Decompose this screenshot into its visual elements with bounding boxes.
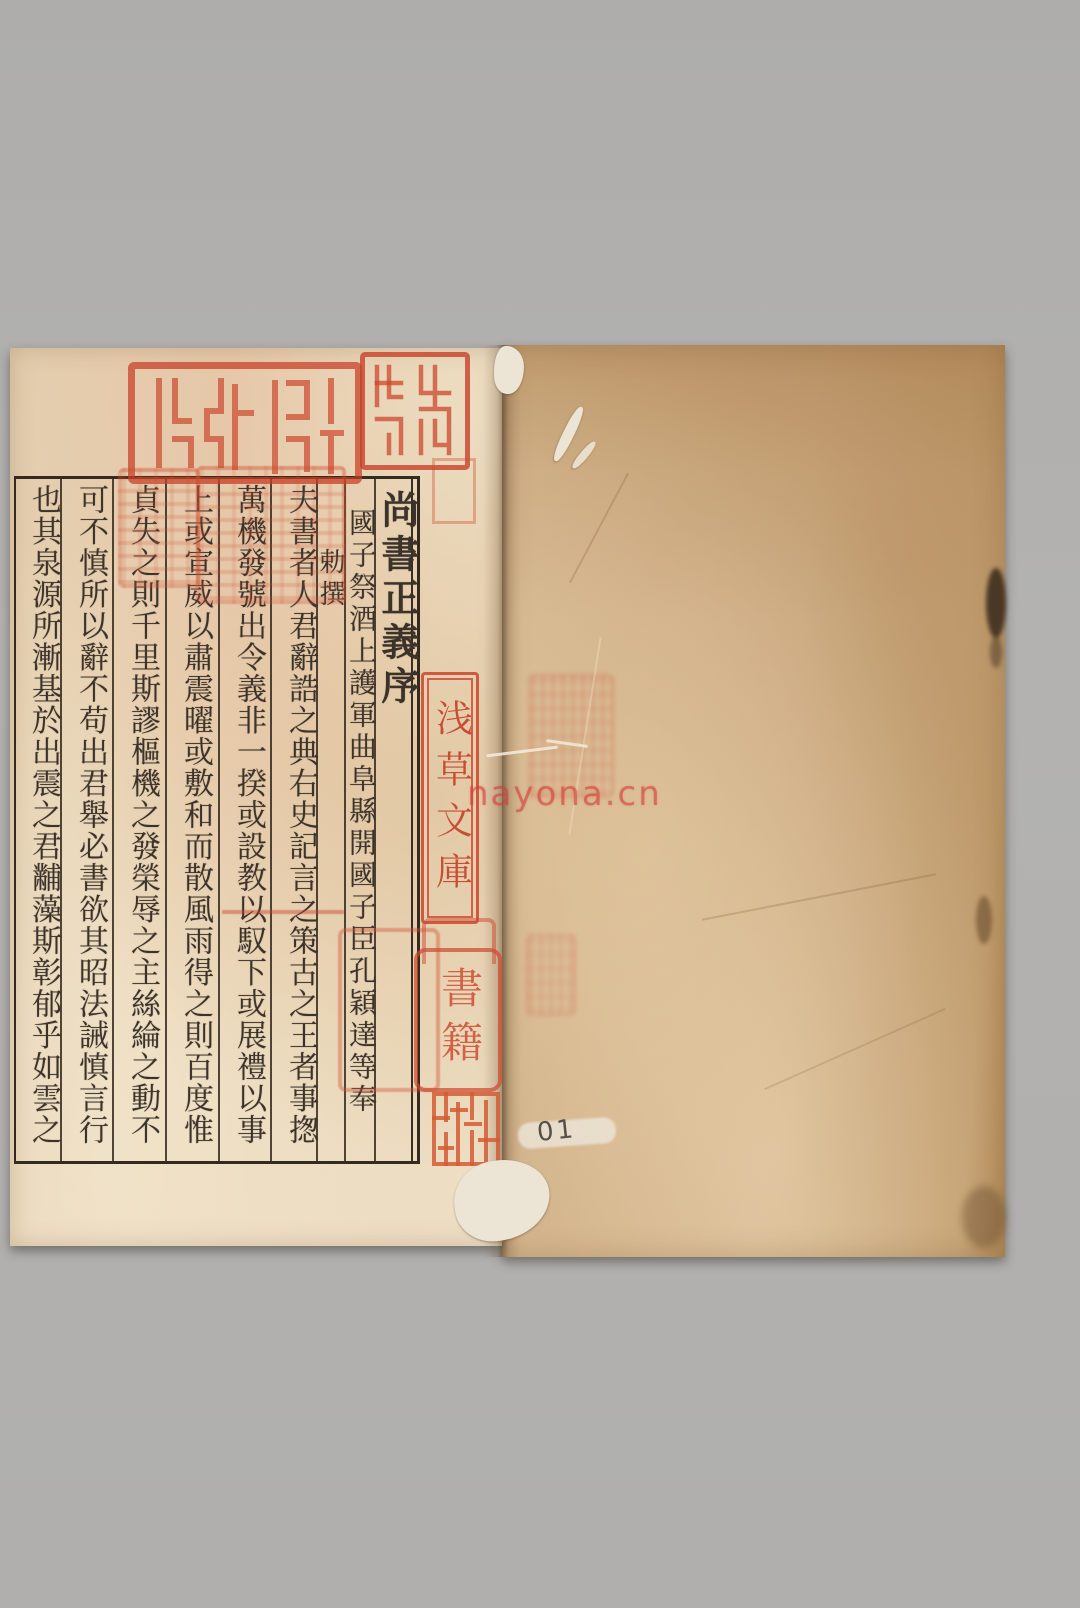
seal-script-pattern (365, 357, 463, 463)
faint-seal-outline (338, 928, 440, 1092)
ink-smudge (986, 568, 1006, 638)
seal-transfer-ghost (118, 468, 200, 588)
shoseki-seal-text: 書籍 (437, 966, 479, 1074)
corner-stain (962, 1186, 1006, 1248)
preface-text-column: 可不慎所以辭不苟出君舉必書欲其昭法誡慎言行 (61, 484, 105, 1162)
red-mark-fragment (222, 910, 344, 914)
small-collector-seal (360, 352, 470, 470)
preface-text-column: 也其泉源所漸基於出震之君黼藻斯彰郁乎如雲之 (14, 484, 58, 1162)
seal-maze-pattern (428, 1088, 504, 1168)
red-mark-fragment (432, 458, 476, 524)
pencil-page-number: 01 (536, 1114, 578, 1148)
seal-script-pattern (135, 369, 355, 477)
ink-smudge (990, 636, 1002, 668)
stain-smudge (976, 896, 992, 944)
seal-transfer-ghost (196, 466, 346, 604)
seal-ghost-impression (526, 934, 576, 1016)
asakusa-bunko-seal-text: 浅草文庫 (432, 699, 469, 903)
ornate-relief-seal (428, 1088, 504, 1168)
site-watermark: nayona.cn (467, 774, 662, 814)
book-scan-photo: 尚書正義序 國子祭酒上護軍曲阜縣開國子臣孔穎達等奉 勅撰 夫書者人君辭誥之典右史… (0, 0, 1080, 1608)
